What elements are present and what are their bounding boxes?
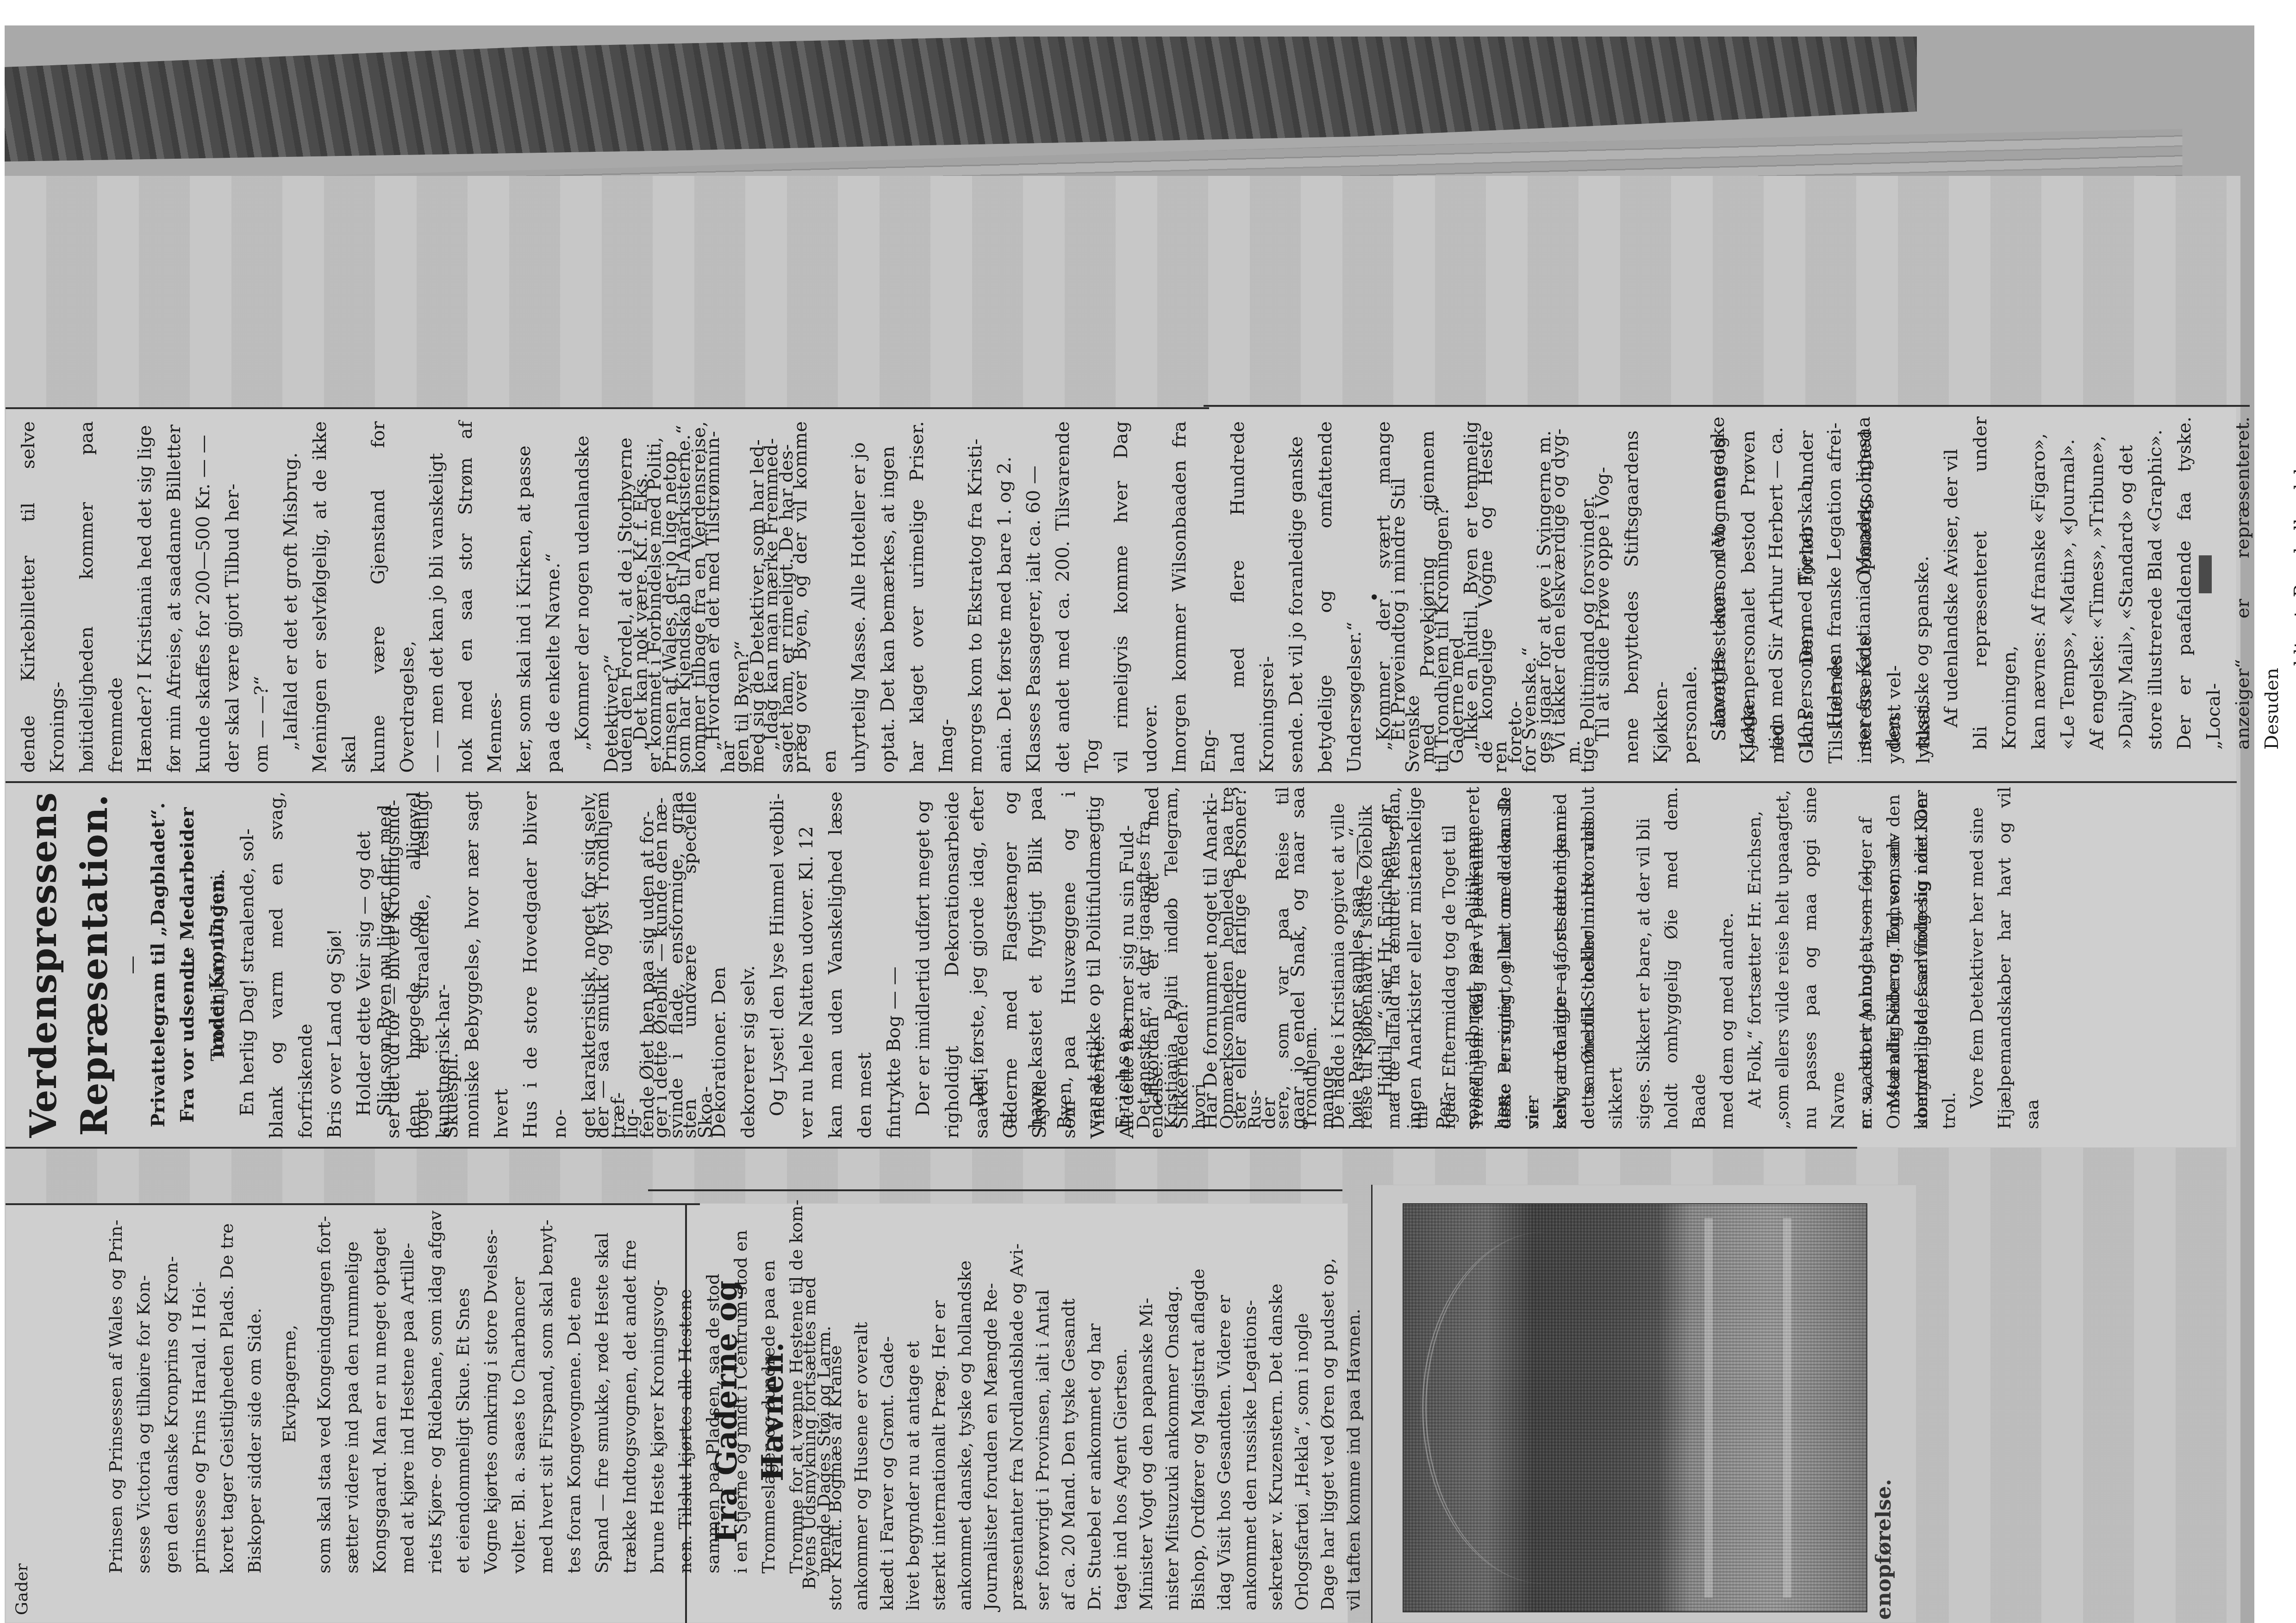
paragraph-line: høitideligheden kommer paa fremmede — [72, 421, 131, 773]
paragraph-line: var at stikke op til Politifuldmægtig — [1079, 787, 1109, 1129]
paragraph-line: sekretær v. Kruzenstern. Det danske — [1263, 1213, 1289, 1611]
paragraph-line: som skal staa ved Kongeindgangen fort- — [310, 1194, 338, 1573]
paragraph-line: ges igaar for at øve i Svingerne m. m. — [1530, 430, 1588, 764]
paragraph-line: Spand — fire smukke, røde Heste skal — [588, 1194, 616, 1573]
paragraph-line: er anmeldt et Par hollandske og flere — [2287, 417, 2296, 750]
left-edge-fragments: Gader — [9, 1328, 35, 1615]
paragraph-line: „som ellers vilde reise helt upaaagtet, — [1768, 787, 1796, 1129]
paragraph-line: Dr. Stuebel er ankommet og har — [1081, 1213, 1107, 1611]
paragraph-line: riets Kjøre- og Ridebane, som idag afgav — [421, 1194, 449, 1573]
paragraph-line: «Le Temps», «Matin», «Journal». — [2053, 417, 2083, 750]
paragraph-line: sere, som var paa Reise til Trondhjem. — [1268, 787, 1324, 1129]
paragraph-line: sten undvære specielle Dekorationer. Den — [675, 791, 734, 1138]
paragraph-line: De hadde i Kristiania opgivet at ville — [1324, 787, 1352, 1129]
paragraph-line: er saa stort Anbud, at — — — — [1852, 787, 1879, 1129]
erichsen-continued-block-c: er saa stort Anbud, at — — — Med alle Sl… — [1852, 787, 2046, 1129]
paragraph-line: med dem og med andre. — [1713, 787, 1741, 1129]
paragraph-line: ger i dette Øieblik — kunde den næ- — [646, 791, 675, 1138]
paragraph-line: Minister Vogt og den papanske Mi- — [1133, 1213, 1159, 1611]
paragraph-line: gen den danske Kronprins og Kron- — [157, 1194, 185, 1573]
paragraph-line: reise til Kjøbenhavn. I sidste Øieblik — [1352, 787, 1379, 1129]
paragraph-line: Bris over Land og Sjø! — [320, 791, 349, 1138]
halftone-photo — [1403, 1203, 1867, 1612]
paragraph-line: idag Visit hos Gesandten. Videre er — [1211, 1213, 1237, 1611]
photo-pillar — [1704, 1218, 1713, 1598]
paragraph-line: sesse Victoria og tilhøire for Kon- — [130, 1194, 157, 1573]
paragraph-line: om — —?“ — [247, 421, 276, 773]
paragraph-line: Byens Udsmykning fortsættes med — [796, 1213, 822, 1611]
paragraph-line: nister Mitsuzuki ankommer Onsdag. — [1159, 1213, 1185, 1611]
paragraph-line: En herlig Dag! straalende, sol- — [233, 791, 262, 1138]
paragraph-line: „Ialfald er det et groft Misbrug. — [276, 421, 306, 773]
photo-caption: enopførelse. — [1870, 1481, 1898, 1620]
paragraph-line: »Daily Mail», «Standard» og det — [2112, 417, 2141, 750]
paragraph-line: maa de ialfald ha ændret Reiseplan, thi — [1379, 787, 1435, 1129]
section-heading-streets: Fra Gaderne og Havnen. — [704, 1213, 796, 1611]
paragraph-line: kelig er farlige — ja, se derom kan i — [1546, 787, 1574, 1129]
paragraph-line: „Idag kan man mærke Fremmed- — [757, 421, 786, 773]
paragraph-line: Det første, jeg gjorde idag, efter at — [963, 787, 1021, 1129]
paragraph-line: dende Kirkebilletter til selve Kronings- — [14, 421, 72, 773]
paragraph-line: kunne være Gjenstand for Overdragelse, — [364, 421, 422, 773]
paragraph-line: har klaget over urimelige Priser. Imag- — [903, 421, 961, 773]
paragraph-line: igaar Eftermiddag tog de Toget til — [1435, 787, 1463, 1129]
paragraph-line: Til at sidde Prøve oppe i Vog- — [1588, 430, 1617, 764]
paragraph-line: Biskoper sidder side om Side. — [241, 1194, 268, 1573]
paragraph-line: ser forøvrigt i Provinsen, ialt i Antal — [1029, 1213, 1055, 1611]
paragraph-line: er kommet i Forbindelse med Politi, — [640, 421, 669, 773]
paragraph-line: 10 Personer med Tjenerskab. — [1791, 417, 1820, 750]
paragraph-line: sætter videre ind paa den rummelige — [338, 1194, 366, 1573]
paragraph-line: Hjælpemandskaber har havt og vil saa — [1990, 787, 2046, 1129]
paragraph-line: Af udenlandske Aviser, der vil — [1937, 417, 1966, 750]
paragraph-line: anzeiger“ er repræsenteret. Desuden — [2228, 417, 2287, 750]
headline-divider: — — [120, 791, 143, 1138]
paragraph-line: have kastet et flygtigt Blik paa Byen, — [1021, 787, 1079, 1129]
column-rule — [6, 1147, 1857, 1149]
paragraph-line: trol. — [1935, 787, 1963, 1129]
scan-marker-tab — [2199, 555, 2212, 593]
paragraph-line: det andet med ca. 200. Tilsvarende Tog — [1048, 421, 1107, 773]
paragraph-line: Meningen er selvfølgelig, at de ikke ska… — [306, 421, 364, 773]
paragraph-line: „Kommer der nogen udenlandske — [568, 421, 597, 773]
column-rule — [1371, 1185, 1373, 1623]
paragraph-line: Trondhjem. Idag har vi paatruffet — [1463, 787, 1491, 1129]
paragraph-line: trække Indtogsvognen, det andet fire — [616, 1194, 643, 1573]
fragment-line: Gader — [9, 1328, 35, 1615]
paragraph-line: Og Lyset! den lyse Himmel vedbli- — [763, 791, 792, 1138]
paragraph-line: med at kjøre ind Hestene paa Artille- — [393, 1194, 421, 1573]
photo-pillar — [1783, 1218, 1791, 1598]
column-rule — [6, 407, 1209, 409]
paragraph-line: vil rimeligvis komme hver Dag udover. — [1107, 421, 1165, 773]
paragraph-line: vil taften komme ind paa Havnen. — [1341, 1213, 1366, 1611]
paragraph-line: uhyrtelig Masse. Alle Hoteller er jo — [844, 421, 873, 773]
photo-caption-block: enopførelse. — [1870, 1481, 1898, 1620]
paragraph-line: livet begynder nu at antage et — [900, 1213, 926, 1611]
paragraph-line: ser fra Kristiania Mandag, ligesaa den — [1849, 417, 1908, 750]
subhead-telegram: Privattelegram til „Dagbladet“. — [143, 791, 173, 1138]
paragraph-line: Imorgen kommer Wilsonbaaden fra Eng- — [1165, 421, 1223, 773]
paragraph-line: et eiendommeligt Skue. Et Snes — [449, 1194, 477, 1573]
paragraph-line: At Folk,“ fortsætter Hr. Erichsen, — [1741, 787, 1768, 1129]
paragraph-line: Prinsen og Prinsessen af Wales og Prin- — [102, 1194, 130, 1573]
paragraph-line: dekorerer sig selv. — [734, 791, 763, 1138]
headline: Verdenspressens Repræsentation. — [19, 791, 120, 1138]
column-rule — [1204, 405, 2250, 407]
paragraph-line: gen til Byen?“ — [728, 421, 757, 773]
paragraph-line: tion med Sir Arthur Herbert — ca. — [1762, 417, 1791, 750]
paragraph-line: personale. — [1676, 430, 1705, 764]
paragraph-line: som har Kjendskab til Anarkisterne.“ — [669, 421, 699, 773]
paragraph-line: af ca. 20 Mand. Den tyske Gesandt — [1055, 1213, 1081, 1611]
paragraph-line: russiske og spanske. — [1908, 417, 1937, 750]
paragraph-line: brune Heste kjører Kroningsvog- — [643, 1194, 671, 1573]
paragraph-line: holdt omhyggelig Øie med dem. Baade — [1657, 787, 1713, 1129]
paragraph-line: prinsesse og Prins Harald. I Hoi- — [185, 1194, 213, 1573]
paragraph-line: præg over Byen, og der vil komme en — [786, 421, 844, 773]
paragraph-line: ankommet den russiske Legations- — [1237, 1213, 1263, 1611]
paragraph-line: uden den Fordel, at de i Storbyerne — [611, 421, 640, 773]
paragraph-line: Der er imidlertid udført meget og — [909, 791, 938, 1138]
paragraph-line: Hænder? I Kristiania hed det sig lige — [131, 421, 160, 773]
paragraph-line: stærkt internationalt Præg. Her er — [926, 1213, 952, 1611]
article-divider-dot: • — [1366, 430, 1384, 764]
paragraph-line: store illustrerede Blad «Graphic». — [2141, 417, 2170, 750]
paragraph-line: Klasses Passagerer, ialt ca. 60 — — [1019, 421, 1048, 773]
paragraph-line: Et Prøveindtog i mindre Stil — [1384, 430, 1413, 764]
paragraph-line: moniske Bebyggelse, hvor nær sagt hvert — [458, 791, 516, 1138]
paragraph-line: tes foran Kongevognene. Det ene — [560, 1194, 588, 1573]
paragraph-line: nu passes paa og maa opgi sine Navne — [1796, 787, 1852, 1129]
paragraph-line: Imorges kom den engelske Lega- — [1703, 417, 1762, 750]
paragraph-line: optat. Det kan bemærkes, at ingen — [873, 421, 903, 773]
paragraph-line: paa de enkelte Navne.“ — [539, 421, 568, 773]
paragraph-line: Journalister foruden en Mængde Re- — [978, 1213, 1004, 1611]
paragraph-line: kan man uden Vanskelighed læse den mest — [821, 791, 880, 1138]
paragraph-line: med Prøvekjøring gjennem Gaderne med — [1413, 430, 1472, 764]
paragraph-line: fintrykte Bog — — — [880, 791, 909, 1138]
paragraph-line: „Hvordan er det med Tilstrømnin- — [699, 421, 728, 773]
paragraph-line: stor Kraft. Bogmæs af Kranse — [822, 1213, 848, 1611]
paragraph-line: kan nævnes: Af franske «Figaro», — [2024, 417, 2053, 750]
paragraph-line: Hele den franske Legation afrei- — [1820, 417, 1849, 750]
paragraph-line: ker, som skal ind i Kirken, at passe — [510, 421, 539, 773]
paragraph-line: Af engelske: «Times», »Tribune», — [2083, 417, 2112, 750]
column-rule — [648, 1189, 1342, 1191]
paragraph-line: morges kom to Ekstratog fra Kristi- — [961, 421, 990, 773]
paragraph-line: nen. Tilslut kjørtes alle Hestene — [671, 1194, 699, 1573]
paragraph-line: bli repræsenteret under Kroningen, — [1966, 417, 2024, 750]
paragraph-line: Vore fem Detektiver her med sine — [1963, 787, 1990, 1129]
paragraph-line: volter. Bl. a. saaes to Charbancer — [505, 1194, 532, 1573]
paragraph-line: dette er rigtigt, eller om de kanske vir… — [1491, 787, 1546, 1129]
photo-arch-detail — [1422, 1232, 1667, 1584]
paragraph-line: kunde skaffes for 200—500 Kr. — — — [189, 421, 218, 773]
paragraph-line: land med flere Hundrede Kroningsrei- — [1223, 421, 1282, 773]
paragraph-line: Det eneste er, at der igaaraftes fra — [1129, 787, 1157, 1129]
streets-harbour-block: Fra Gaderne og Havnen. Byens Udsmykning … — [704, 1213, 1418, 1611]
paragraph-line: der — saa smukt og lyst Trondhjem lig- — [588, 791, 646, 1138]
paragraph-line: ver nu hele Natten udover. Kl. 12 — [792, 791, 821, 1138]
paragraph-line: ania. Det første med bare 1. og 2. — [990, 421, 1019, 773]
paragraph-line: Kongsgaard. Man er nu meget optaget — [366, 1194, 393, 1573]
paragraph-line: nok med en saa stor Strøm af Mennes- — [451, 421, 510, 773]
paragraph-line: kommer, holdes selvfølgelig nøie Kon- — [1907, 787, 1935, 1129]
paragraph-line: dette Øieblik heller intet absolut sikke… — [1574, 787, 1629, 1129]
paragraph-line: Bishop, Ordfører og Magistrat aflagde — [1185, 1213, 1211, 1611]
section-heading-equipages: Ekvipagerne, — [268, 1194, 310, 1573]
paragraph-line: koret tager Geistligheden Plads. De tre — [213, 1194, 241, 1573]
paragraph-line: blank og varm med en svag, forfriskende — [262, 791, 320, 1138]
paragraph-line: Vogne kjørtes omkring i store Dvelses- — [477, 1194, 505, 1573]
paragraph-line: Orlogsfartøi „Hekla“, som i nogle — [1289, 1213, 1315, 1611]
paragraph-line: siges. Sikkert er bare, at der vil bli — [1629, 787, 1657, 1129]
paragraph-line: Med alle Slibe og Tog, som an- — [1879, 787, 1907, 1129]
paragraph-line: Opmærksomheden henledes paa tre Rus- — [1213, 787, 1268, 1129]
paragraph-line: Hus i de store Hovedgader bliver no- — [516, 791, 574, 1138]
paragraph-line: klædt i Farver og Grønt. Gade- — [874, 1213, 900, 1611]
paragraph-line: Kristiania Politi indløb Telegram, hvori — [1157, 787, 1213, 1129]
dateline-divider: — — [181, 791, 204, 1138]
paragraph-line: de kongelige Vogne og Heste foreto- — [1472, 430, 1530, 764]
dateline: Trondhjem, 17. Juni. — [204, 791, 233, 1138]
paragraph-line: nene benyttedes Stiftsgaardens Kjøkken- — [1617, 430, 1676, 764]
paragraph-line: betydelige og omfattende Undersøgelser.“ — [1311, 421, 1369, 773]
paragraph-line: før min Afreise, at saadanne Billetter — [160, 421, 189, 773]
paragraph-line: Slig som Byen nu ligger der, med — [370, 791, 399, 1138]
paragraph-line: der skal være gjort Tilbud her- — [218, 421, 247, 773]
paragraph-line: ankommet danske, tyske og hollandske — [952, 1213, 978, 1611]
paragraph-line: den brogede og alligevel kunstnerisk-har… — [399, 791, 458, 1138]
paragraph-line: præsentanter fra Nordlandsblade og Avi- — [1004, 1213, 1029, 1611]
paragraph-line: med hvert sit Firspand, som skal benyt- — [532, 1194, 560, 1573]
column-rule — [6, 781, 2237, 783]
paragraph-line: — — men det kan jo bli vanskeligt — [422, 421, 451, 773]
paragraph-line: sende. Det vil jo foranledige ganske — [1282, 421, 1311, 773]
paragraph-line: Dage har ligget ved Øren og pudset op, — [1315, 1213, 1341, 1611]
paragraph-line: taget ind hos Agent Giertsen. — [1107, 1213, 1133, 1611]
paragraph-line: ankommer og Husene er overalt — [848, 1213, 874, 1611]
